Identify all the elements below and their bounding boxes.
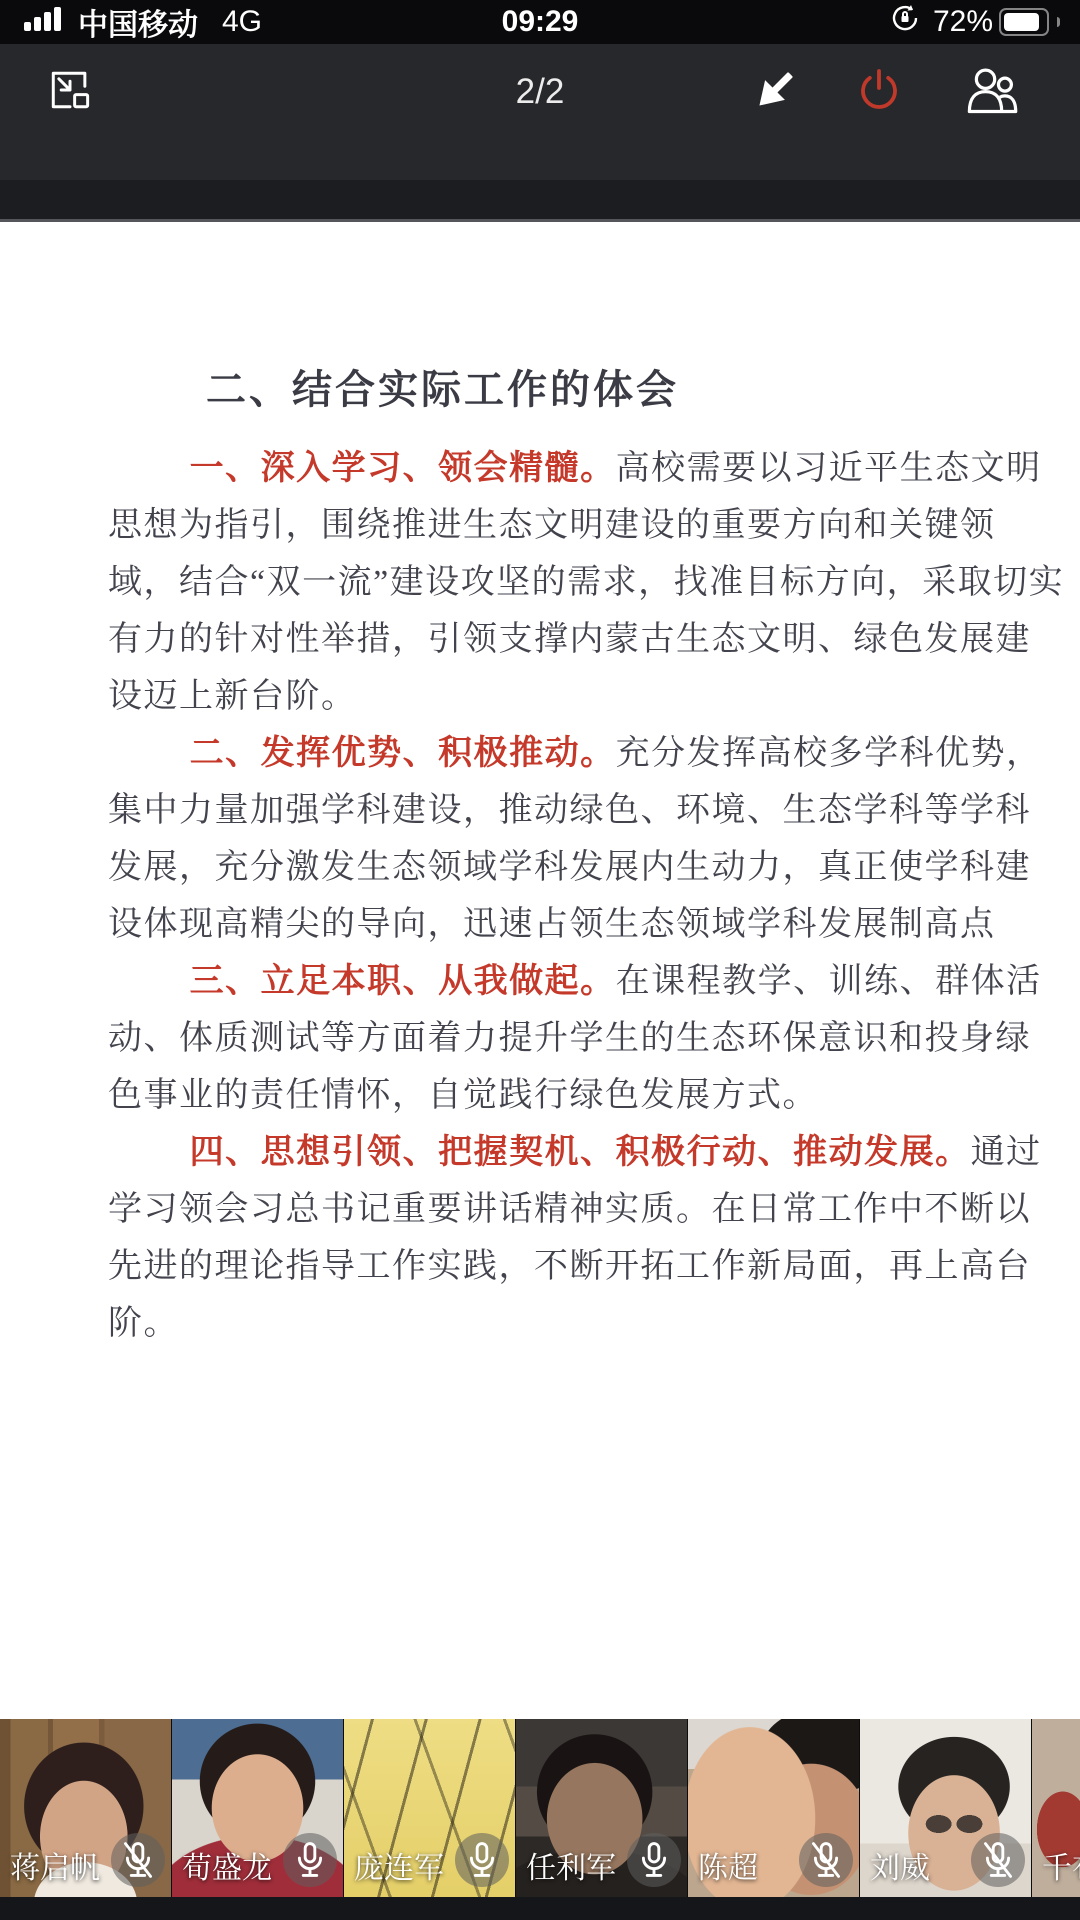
signal-bars-icon [24, 4, 64, 40]
participant-name-label: 陈超 [698, 1843, 758, 1887]
document-paragraph: 四、思想引领、把握契机、积极行动、推动发展。通过学习领会习总书记重要讲话精神实质… [108, 1124, 1066, 1352]
battery-icon [999, 8, 1049, 36]
mic-status-icon [971, 1833, 1025, 1887]
mic-status-icon [283, 1833, 337, 1887]
pip-minimize-button[interactable] [42, 64, 98, 120]
participant-strip: 蒋启帆 荀盛龙 [0, 1719, 1080, 1897]
participant-video-tile[interactable]: 蒋启帆 [0, 1719, 172, 1897]
participants-button[interactable] [964, 64, 1020, 120]
document-title: 二、结合实际工作的体会 [108, 364, 1066, 416]
people-icon [964, 64, 1020, 121]
shared-document-page: 二、结合实际工作的体会 一、深入学习、领会精髓。高校需要以习近平生态文明思想为指… [0, 222, 1080, 1719]
document-paragraph: 二、发挥优势、积极推动。充分发挥高校多学科优势，集中力量加强学科建设，推动绿色、… [108, 725, 1066, 953]
network-type-label: 4G [222, 5, 262, 39]
participant-name-label: 任利军 [526, 1843, 616, 1887]
toolbar-shadow-band [0, 180, 1080, 222]
battery-percent-label: 72% [933, 5, 993, 39]
bottom-bar [0, 1897, 1080, 1920]
paragraph-heading: 三、立足本职、从我做起。 [190, 963, 616, 1000]
participant-name-label: 庞连军 [354, 1843, 444, 1887]
carrier-label: 中国移动 [78, 0, 198, 44]
pip-minimize-icon [44, 64, 96, 121]
paragraph-heading: 一、深入学习、领会精髓。 [190, 450, 616, 487]
paragraph-heading: 四、思想引领、把握契机、积极行动、推动发展。 [190, 1134, 971, 1171]
participant-name-label: 千布 [1042, 1843, 1080, 1887]
end-meeting-button[interactable] [851, 64, 907, 120]
status-bar: 中国移动 4G 09:29 72% [0, 0, 1080, 44]
rotation-lock-icon [889, 2, 921, 42]
participant-video-tile[interactable]: 荀盛龙 [172, 1719, 344, 1897]
paragraph-heading: 二、发挥优势、积极推动。 [190, 735, 616, 772]
participant-name-label: 蒋启帆 [10, 1843, 100, 1887]
participant-video-tile[interactable]: 刘威 [860, 1719, 1032, 1897]
mic-status-icon [455, 1833, 509, 1887]
participant-video-tile[interactable]: 庞连军 [344, 1719, 516, 1897]
arrow-cursor-icon [747, 62, 803, 123]
paragraph-body: 高校需要以习近平生态文明思想为指引，围绕推进生态文明建设的重要方向和关键领域，结… [108, 450, 1064, 715]
document-paragraph: 一、深入学习、领会精髓。高校需要以习近平生态文明思想为指引，围绕推进生态文明建设… [108, 440, 1066, 725]
clock: 09:29 [502, 5, 579, 39]
meeting-toolbar: 2/2 [0, 44, 1080, 180]
participant-video-tile[interactable]: 陈超 [688, 1719, 860, 1897]
participant-name-label: 荀盛龙 [182, 1843, 272, 1887]
participant-video-tile[interactable]: 千布 [1032, 1719, 1080, 1897]
mic-status-icon [799, 1833, 853, 1887]
participant-video-tile[interactable]: 任利军 [516, 1719, 688, 1897]
page-indicator: 2/2 [516, 64, 565, 120]
mic-status-icon [627, 1833, 681, 1887]
mic-status-icon [111, 1833, 165, 1887]
document-paragraph: 三、立足本职、从我做起。在课程教学、训练、群体活动、体质测试等方面着力提升学生的… [108, 953, 1066, 1124]
meeting-app-screen: 中国移动 4G 09:29 72% [0, 0, 1080, 1920]
participant-name-label: 刘威 [870, 1843, 930, 1887]
annotate-button[interactable] [747, 64, 803, 120]
power-icon [853, 64, 905, 121]
